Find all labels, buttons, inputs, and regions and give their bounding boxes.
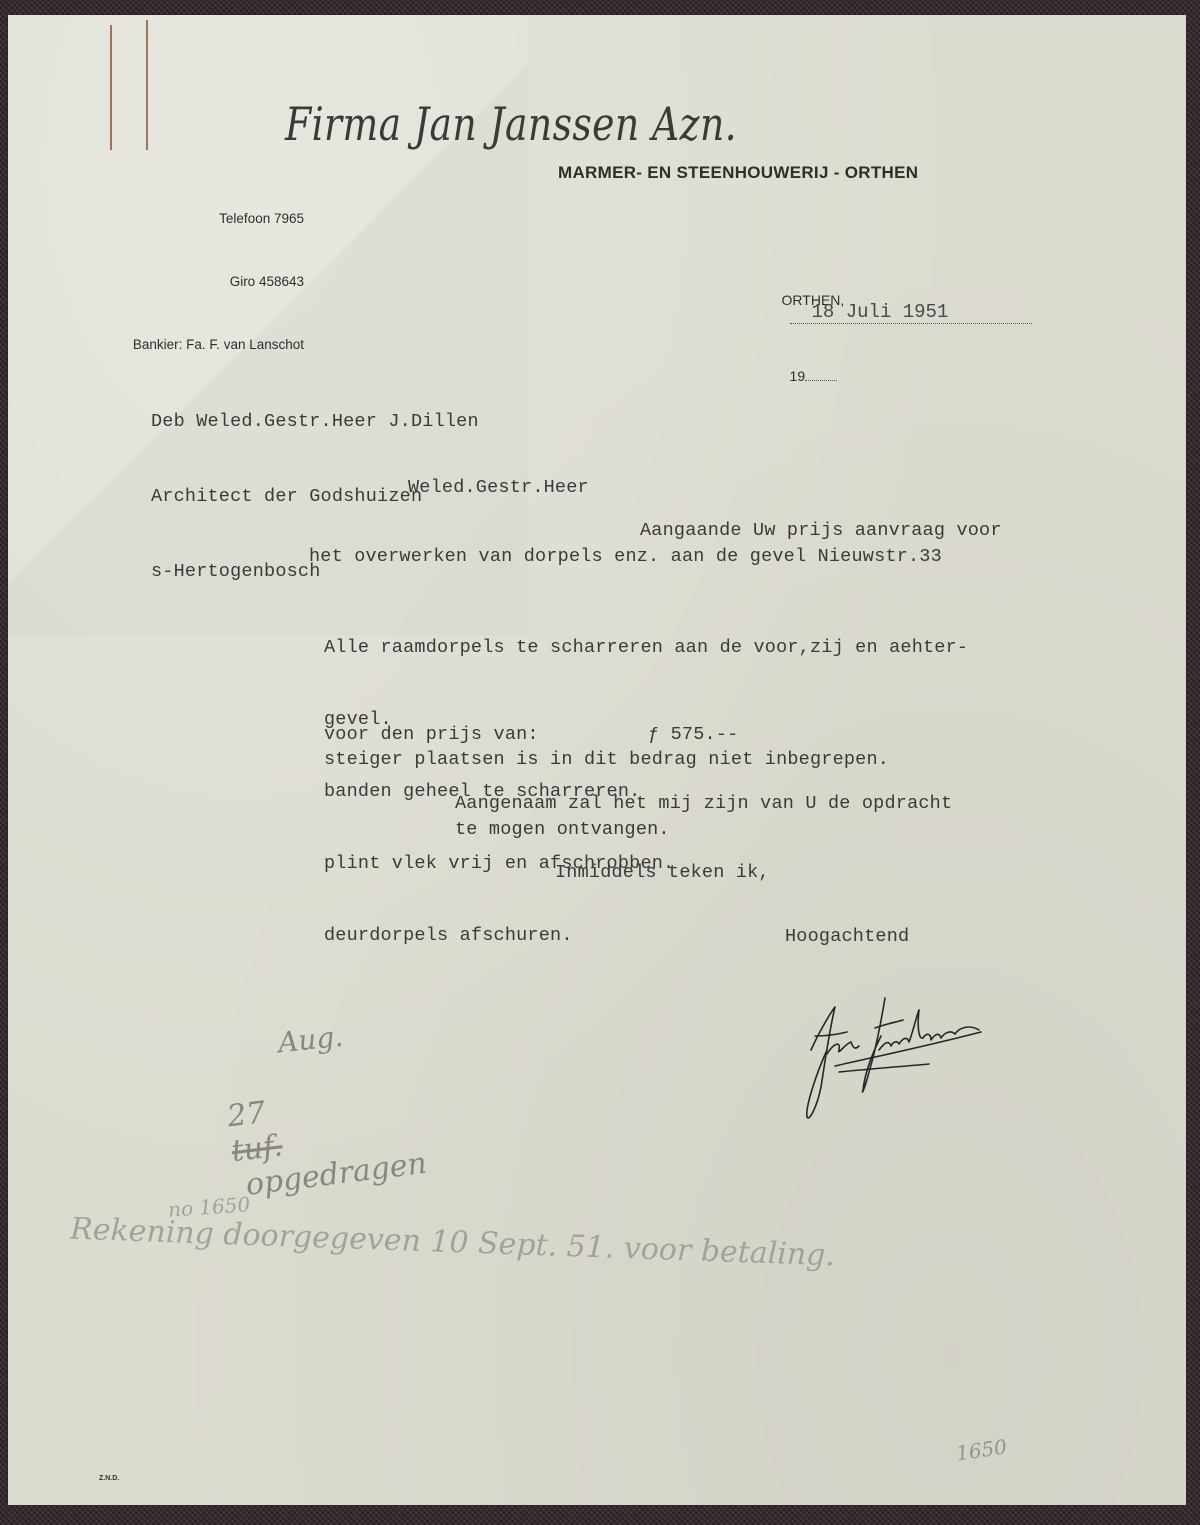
corner-number: 1650: [955, 1435, 1009, 1466]
recipient-line-1: Deb Weled.Gestr.Heer J.Dillen: [151, 409, 479, 434]
banker: Bankier: Fa. F. van Lanschot: [78, 334, 304, 355]
pencil-note-2: Rekening doorgegeven 10 Sept. 51. voor b…: [70, 1212, 836, 1274]
year-dotted-line: [805, 366, 837, 381]
price-amount: ƒ 575.--: [648, 723, 738, 746]
work-item: Alle raamdorpels te scharreren aan de vo…: [324, 636, 968, 660]
date-dotted-line: 18 Juli 1951: [790, 309, 1032, 324]
firm-name: Firma Jan Janssen Azn.: [285, 97, 737, 151]
closing-line-2: te mogen ontvangen.: [455, 818, 670, 841]
price-note: steiger plaatsen is in dit bedrag niet i…: [324, 748, 889, 771]
note-prefix: 27: [225, 1095, 267, 1134]
subject-line-2: het overwerken van dorpels enz. aan de g…: [309, 545, 942, 568]
closing-line-3: Inmiddels teken ik,: [555, 861, 770, 884]
price-label: voor den prijs van:: [324, 723, 539, 746]
regards: Hoogachtend: [785, 925, 909, 948]
typed-date: 18 Juli 1951: [812, 301, 949, 323]
pencil-note-1-insert: Aug.: [276, 1020, 344, 1060]
subject-line-1: Aangaande Uw prijs aanvraag voor: [640, 519, 1002, 542]
firm-subtitle: MARMER- EN STEENHOUWERIJ - ORTHEN: [558, 163, 918, 183]
staple-mark: [146, 20, 148, 150]
giro-number: Giro 458643: [78, 271, 304, 292]
salutation: Weled.Gestr.Heer: [408, 476, 589, 499]
closing-line-1: Aangenaam zal het mij zijn van U de opdr…: [455, 792, 952, 815]
year-prefix: 19: [790, 368, 806, 384]
signature: [760, 973, 960, 1113]
signature-icon: [799, 992, 999, 1132]
date-line: ORTHEN, 18 Juli 1951 19: [743, 271, 1032, 404]
printer-mark: Z.N.D.: [99, 1475, 119, 1482]
letter-page: Firma Jan Janssen Azn. MARMER- EN STEENH…: [8, 15, 1186, 1505]
telephone: Telefoon 7965: [78, 208, 304, 229]
staple-mark: [110, 25, 112, 150]
